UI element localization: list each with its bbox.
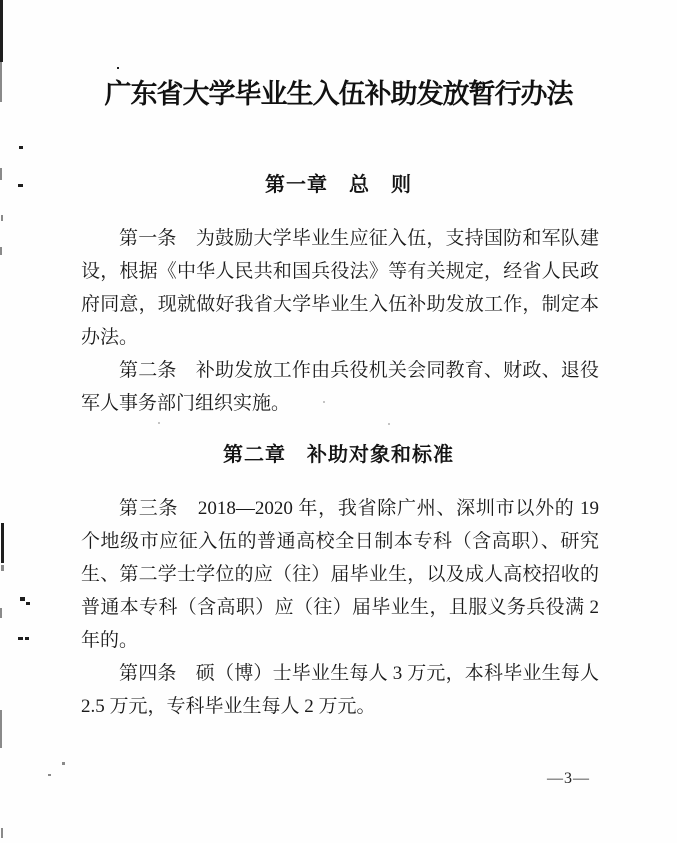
- page-number: —3—: [547, 770, 590, 788]
- scan-artifact: [0, 0, 3, 62]
- scan-speck: [62, 762, 65, 765]
- chapter-1-body: 第一条 为鼓励大学毕业生应征入伍，支持国防和军队建设，根据《中华人民共和国兵役法…: [81, 222, 599, 420]
- scan-artifact: [0, 62, 2, 102]
- scan-artifact: [0, 168, 2, 180]
- document-title: 广东省大学毕业生入伍补助发放暂行办法: [0, 72, 677, 111]
- scan-speck: [18, 184, 23, 187]
- scan-speck: [158, 422, 160, 424]
- chapter-2-heading: 第二章 补助对象和标准: [0, 438, 677, 467]
- scan-artifact: [1, 565, 4, 571]
- scan-artifact: [1, 523, 4, 563]
- chapter-1-heading: 第一章 总 则: [0, 168, 677, 197]
- scanned-document-page: 广东省大学毕业生入伍补助发放暂行办法 第一章 总 则 第一条 为鼓励大学毕业生应…: [0, 0, 677, 843]
- scan-speck: [117, 67, 119, 69]
- article-2-paragraph: 第二条 补助发放工作由兵役机关会同教育、财政、退役军人事务部门组织实施。: [81, 354, 599, 420]
- chapter-2-body: 第三条 2018—2020 年，我省除广州、深圳市以外的 19 个地级市应征入伍…: [81, 492, 599, 723]
- scan-speck: [323, 401, 325, 403]
- scan-artifact: [0, 710, 2, 748]
- scan-speck: [388, 423, 390, 425]
- scan-speck: [19, 146, 23, 149]
- scan-artifact: [1, 215, 3, 221]
- scan-speck: [48, 774, 51, 776]
- article-3-paragraph: 第三条 2018—2020 年，我省除广州、深圳市以外的 19 个地级市应征入伍…: [81, 492, 599, 657]
- scan-artifact: [0, 608, 2, 618]
- scan-speck: [25, 637, 29, 640]
- scan-artifact: [1, 828, 3, 838]
- scan-artifact: [0, 247, 2, 255]
- article-4-paragraph: 第四条 硕（博）士毕业生每人 3 万元，本科毕业生每人 2.5 万元，专科毕业生…: [81, 657, 599, 723]
- scan-speck: [18, 637, 23, 640]
- scan-speck: [26, 602, 30, 605]
- article-1-paragraph: 第一条 为鼓励大学毕业生应征入伍，支持国防和军队建设，根据《中华人民共和国兵役法…: [81, 222, 599, 354]
- scan-speck: [20, 597, 25, 601]
